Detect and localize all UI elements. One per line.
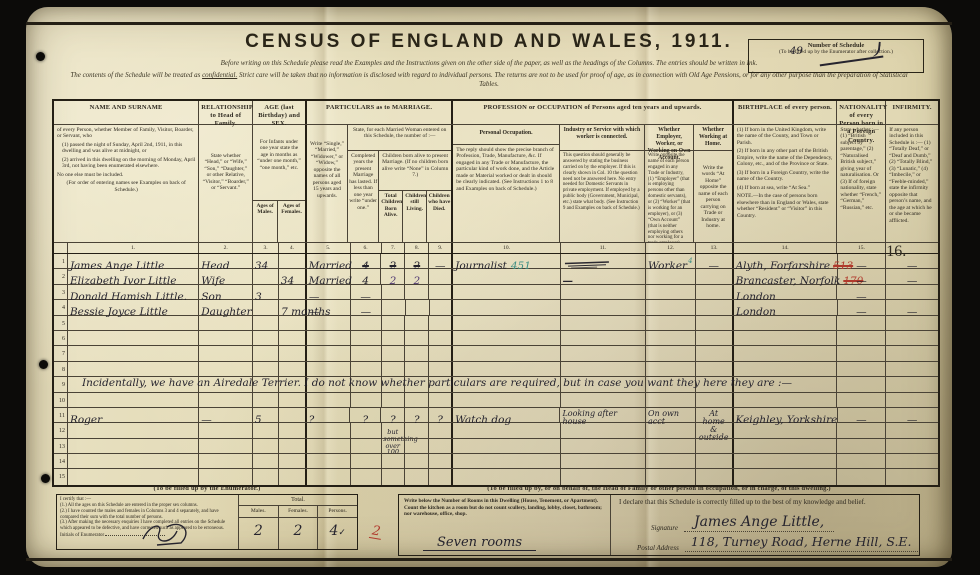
birth-item-3: (3) If born in a Foreign Country, write … [737, 170, 834, 183]
at-home-title: Whether Working at Home. [694, 125, 732, 151]
children-total-label: Total Children Born Alive. [379, 191, 403, 242]
cell-marr: Married [307, 254, 351, 268]
cell-age_f [279, 454, 307, 468]
cell-home [696, 285, 734, 299]
group-age: AGE (last Birthday) and SEX. [253, 101, 307, 124]
initials-label: Initials of Enumerator [60, 533, 104, 538]
cell-rel [199, 393, 253, 407]
row-number: 9 [54, 377, 68, 391]
cell-emp [646, 300, 696, 314]
cell-born [382, 346, 406, 360]
cell-living: ? [405, 408, 429, 422]
cell-inf [886, 362, 938, 376]
table-row: 10 [54, 393, 938, 408]
cell-age_m [253, 423, 279, 437]
cell-age_m: 5 [253, 408, 279, 422]
cell-years: 4 [351, 254, 382, 268]
colnum-16: 16. [886, 243, 938, 253]
cell-occ [453, 362, 560, 376]
birth-item-1: (1) If born in the United Kingdom, write… [737, 127, 834, 146]
enumerator-box: I certify that :— (1.) All the ages on t… [56, 494, 358, 550]
cell-years [351, 346, 382, 360]
colnum-3: 3. [253, 243, 279, 253]
bottom-rule [26, 558, 952, 561]
cell-inf: — [886, 254, 938, 268]
cell-birth [734, 393, 838, 407]
children-living-label: Children still Living. [403, 191, 427, 242]
cell-name: James Ange Little [68, 254, 199, 268]
total-females-label: Females. [279, 506, 319, 517]
cell-rel: Son [199, 285, 253, 299]
cell-ind [561, 423, 647, 437]
cell-age_f [279, 408, 307, 422]
row-number: 7 [54, 346, 68, 360]
cell-name [68, 316, 199, 330]
table-row: 3Donald Hamish Little.Son3——London— [54, 285, 938, 300]
cell-emp [646, 393, 696, 407]
total-females-value: 2 [279, 518, 319, 549]
cell-living [406, 300, 430, 314]
row-number: 2 [54, 269, 68, 283]
cell-nat [837, 331, 886, 345]
cell-age_f [279, 439, 307, 453]
cell-marr: ? [307, 408, 351, 422]
cell-died [429, 423, 453, 437]
header-age: For Infants under one year state the age… [253, 125, 307, 242]
group-title-band: NAME AND SURNAME RELATIONSHIP to Head of… [54, 101, 938, 125]
cell-living [405, 454, 429, 468]
punch-hole [36, 52, 45, 61]
cell-inf [886, 331, 938, 345]
group-infirmity: INFIRMITY. [886, 101, 938, 124]
cell-occ [453, 300, 560, 314]
cell-name: Elizabeth Ivor Little [68, 269, 199, 283]
cell-ind [561, 331, 647, 345]
cell-inf [886, 316, 938, 330]
cell-born [382, 285, 406, 299]
table-row: 8 [54, 362, 938, 377]
cell-died: ? [429, 408, 453, 422]
cell-living [405, 331, 429, 345]
cell-died [429, 469, 453, 484]
head-of-family-box: Write below the Number of Rooms in this … [398, 494, 920, 556]
name-desc-intro: of every Person, whether Member of Famil… [57, 127, 195, 140]
cell-age_f [279, 285, 307, 299]
industry-desc: This question should generally be answer… [560, 151, 644, 214]
declaration-text: I declare that this Schedule is correctl… [619, 498, 911, 507]
cell-home [696, 331, 734, 345]
cell-living: 2 [405, 254, 429, 268]
cell-died [430, 300, 454, 314]
instruction-pre: The contents of the Schedule will be tre… [70, 71, 202, 79]
cell-home: — [696, 254, 734, 268]
name-desc-note2: (For order of entering names see Example… [57, 180, 195, 193]
cell-inf [886, 439, 938, 453]
cell-occ [453, 469, 560, 484]
cell-rel: Head [199, 254, 253, 268]
cell-years [351, 393, 382, 407]
instruction-line-2: The contents of the Schedule will be tre… [63, 71, 915, 90]
table-row: 14 [54, 454, 938, 469]
cell-birth [734, 331, 838, 345]
cell-died [429, 393, 453, 407]
header-occupation: Personal Occupation. The reply should sh… [453, 125, 734, 242]
colnum-14: 14. [734, 243, 838, 253]
colnum-8: 8. [405, 243, 429, 253]
cell-inf [886, 454, 938, 468]
cell-home [696, 346, 734, 360]
birth-note: NOTE.—In the case of persons born elsewh… [737, 193, 834, 219]
birth-item-4: (4) If born at sea, write “At Sea.” [737, 185, 834, 191]
cell-nat: — [838, 408, 887, 422]
cell-age_m: 3 [253, 285, 279, 299]
colnum-15: 15. [837, 243, 886, 253]
cell-years [351, 469, 382, 484]
colnum-4: 4. [279, 243, 307, 253]
cell-age_f [279, 469, 307, 484]
cell-birth: London [734, 300, 837, 314]
cell-nat [837, 316, 886, 330]
birth-item-2: (2) If born in any other part of the Bri… [737, 148, 834, 167]
age-desc: For Infants under one year state the age… [253, 125, 305, 200]
address-row: Postal Address 118, Turney Road, Herne H… [637, 533, 918, 552]
cell-marr [307, 362, 351, 376]
cell-died [429, 316, 453, 330]
cell-emp [646, 316, 696, 330]
entry-emp: 4 [688, 257, 692, 265]
cell-inf [886, 346, 938, 360]
certify-item-2: (2.) I have counted the males and female… [60, 509, 235, 521]
cell-occ [453, 439, 560, 453]
cell-nat [837, 362, 886, 376]
colnum-1: 1. [68, 243, 199, 253]
children-died-label: Children who have Died. [427, 191, 451, 242]
cell-age_f [279, 423, 307, 437]
cell-marr [307, 393, 351, 407]
cell-nat [837, 346, 886, 360]
cell-occ [453, 316, 560, 330]
years-completed-desc: Completed years the present Marriage has… [348, 151, 379, 242]
age-males-label: Ages of Males. [253, 201, 278, 242]
cell-occ: Watch dog [453, 408, 560, 422]
cell-born [382, 393, 406, 407]
colnum-13: 13. [696, 243, 734, 253]
cell-emp [646, 362, 696, 376]
cell-ind [561, 439, 647, 453]
cell-rel [199, 469, 253, 484]
cell-living [405, 346, 429, 360]
cell-died [429, 269, 453, 283]
cell-age_f [279, 316, 307, 330]
colnum-11: 11. [561, 243, 647, 253]
header-nationality-desc: State whether :— (1) “British subject by… [837, 125, 886, 242]
cell-age_m [253, 316, 279, 330]
colnum-7: 7. [382, 243, 406, 253]
males-value: 2 [254, 523, 263, 539]
cell-ind [561, 285, 647, 299]
schedule-number-box: Number of Schedule (To be filled up by t… [748, 39, 924, 73]
cell-nat: — [838, 269, 887, 283]
colnum-12: 12. [646, 243, 696, 253]
cell-marr [307, 316, 351, 330]
cell-years: 4 [351, 269, 382, 283]
cell-age_m [253, 346, 279, 360]
cell-birth [734, 346, 838, 360]
signature-row: Signature James Ange Little, [651, 513, 834, 532]
cell-born: 2 [381, 254, 405, 268]
cell-rel: — [199, 408, 253, 422]
cell-home [696, 300, 734, 314]
cell-name: Roger [68, 408, 199, 422]
cell-birth: Keighley, Yorkshire [734, 408, 838, 422]
cell-died: — [429, 254, 453, 268]
cell-living [405, 439, 429, 453]
schedule-number-label: Number of Schedule [753, 42, 919, 49]
cell-living [405, 393, 429, 407]
group-nationality: NATIONALITY of every Person born in a Fo… [837, 101, 886, 124]
cell-occ: Journalist451 [453, 254, 560, 268]
age-females-label: Ages of Females. [278, 201, 305, 242]
cell-emp [646, 439, 696, 453]
cell-nat [837, 439, 886, 453]
cell-occ [453, 269, 560, 283]
cell-birth [734, 469, 838, 484]
row-number: 14 [54, 454, 68, 468]
cell-name: Donald Hamish Little. [68, 285, 199, 299]
cell-age_f [279, 393, 307, 407]
cell-age_m [253, 393, 279, 407]
head-of-family-heading: (To be filled up by, or on behalf of, th… [398, 485, 920, 492]
cell-age_m [253, 331, 279, 345]
group-relationship: RELATIONSHIP to Head of Family. [199, 101, 253, 124]
cell-age_f [279, 362, 307, 376]
cell-living [405, 285, 429, 299]
cell-emp [646, 423, 696, 437]
rooms-instruction: Write below the Number of Rooms in this … [404, 498, 605, 518]
cell-marr [307, 423, 351, 437]
header-name-desc: of every Person, whether Member of Famil… [54, 125, 199, 242]
cell-nat: — [838, 300, 887, 314]
cell-birth [734, 316, 838, 330]
row-number: 15 [54, 469, 68, 484]
cell-born [382, 469, 406, 484]
row-number: 5 [54, 316, 68, 330]
declaration-section: I declare that this Schedule is correctl… [611, 495, 919, 555]
cell-marr [307, 346, 351, 360]
row-number: 13 [54, 439, 68, 453]
cell-ind: Looking after house [560, 408, 646, 422]
table-row: 2Elizabeth Ivor LittleWife34Married422—B… [54, 269, 938, 284]
cell-inf [886, 423, 938, 437]
header-marriage: Write “Single,” “Married,” “Widower,” or… [307, 125, 453, 242]
cell-born [382, 439, 406, 453]
cell-living: 2 [405, 269, 429, 283]
cell-living [405, 362, 429, 376]
cell-emp [646, 269, 696, 283]
table-row: 11Roger—5???but something over 100??Watc… [54, 408, 938, 423]
cell-name [68, 454, 199, 468]
name-desc-note1: No one else must be included. [57, 172, 195, 178]
totals-table: Total. Males. Females. Persons. 2 2 4✓ [239, 495, 357, 549]
cell-years [351, 423, 382, 437]
cell-inf: — [886, 269, 938, 283]
cell-born [382, 362, 406, 376]
cell-nat [837, 423, 886, 437]
personal-occupation-desc: The reply should show the precise branch… [453, 145, 559, 194]
cell-home [696, 362, 734, 376]
row-number: 11 [54, 408, 68, 422]
cell-living [405, 423, 429, 437]
table-row: 1James Ange LittleHead34Married422—Journ… [54, 254, 938, 269]
cell-name [68, 439, 199, 453]
cell-emp: Worker4 [646, 254, 696, 268]
cell-birth [734, 439, 838, 453]
enumerator-heading: (To be filled up by the Enumerator.) [56, 485, 358, 492]
red-pencil-annotation: 2 [369, 524, 384, 540]
cell-marr [307, 439, 351, 453]
row-number: 8 [54, 362, 68, 376]
employer-worker-title: Whether Employer, Worker, or Working on … [645, 125, 693, 151]
total-persons-value: 4✓ [318, 518, 357, 549]
cell-birth: Brancaster, Norfolk170 [734, 269, 838, 283]
cell-nat [837, 469, 886, 484]
cell-years [351, 454, 382, 468]
cell-nat: — [837, 285, 886, 299]
cell-nat: — [838, 254, 887, 268]
cell-rel [199, 454, 253, 468]
cell-years: — [351, 285, 382, 299]
table-row: 13 [54, 439, 938, 454]
cell-name [68, 331, 199, 345]
cell-ind [561, 393, 647, 407]
address-label: Postal Address [637, 544, 679, 552]
census-schedule-paper: CENSUS OF ENGLAND AND WALES, 1911. Befor… [26, 7, 952, 567]
rooms-value: Seven rooms [423, 536, 536, 551]
cell-born: 2 [381, 269, 405, 283]
cell-marr: — [307, 285, 351, 299]
cell-marr: — [307, 300, 351, 314]
table-row: 6 [54, 331, 938, 346]
instruction-post: Strict care will be taken that no inform… [237, 71, 907, 88]
cell-inf [886, 285, 938, 299]
employer-worker-desc: Write opposite the name of each person e… [645, 151, 693, 242]
cell-age_m [253, 454, 279, 468]
cell-occ [453, 423, 560, 437]
cell-years: — [351, 300, 382, 314]
instruction-line-1: Before writing on this Schedule please r… [137, 59, 841, 67]
row-number: 1 [54, 254, 68, 268]
name-desc-item1: (1) passed the night of Sunday, April 2n… [57, 142, 195, 155]
cell-ind [561, 254, 647, 268]
colnum-5: 5. [307, 243, 351, 253]
cell-age_f: 34 [279, 269, 307, 283]
cell-name [68, 362, 199, 376]
check-mark: ✓ [338, 527, 346, 537]
cell-born: ?but something over 100 [381, 408, 405, 422]
group-marriage: PARTICULARS as to MARRIAGE. [307, 101, 453, 124]
cell-years [351, 331, 382, 345]
cell-occ [453, 346, 560, 360]
cell-marr [307, 469, 351, 484]
at-home-desc: Write the words “At Home” opposite the n… [694, 151, 732, 232]
cell-age_m: 34 [253, 254, 279, 268]
cell-emp [646, 346, 696, 360]
census-rows: 1James Ange LittleHead34Married422—Journ… [54, 254, 938, 485]
cell-living [405, 316, 429, 330]
table-row: 12 [54, 423, 938, 438]
marginal-note: Incidentally, we have an Airedale Terrie… [82, 378, 792, 389]
cell-age_m [253, 269, 279, 283]
cell-home [696, 454, 734, 468]
cell-born [382, 300, 406, 314]
census-table: NAME AND SURNAME RELATIONSHIP to Head of… [52, 99, 940, 487]
cell-age_m [253, 362, 279, 376]
cell-born [382, 454, 406, 468]
cell-died [429, 362, 453, 376]
cell-emp [646, 331, 696, 345]
cell-years [351, 439, 382, 453]
cell-occ [453, 331, 560, 345]
total-males-label: Males. [239, 506, 279, 517]
cell-home [696, 423, 734, 437]
cell-home [696, 439, 734, 453]
cell-inf [886, 377, 938, 391]
cell-marr: Married [307, 269, 351, 283]
enumerator-certification: I certify that :— (1.) All the ages on t… [57, 495, 239, 549]
cell-birth [734, 362, 838, 376]
cell-birth [734, 423, 838, 437]
colnum-spacer [54, 243, 68, 253]
row-number: 3 [54, 285, 68, 299]
entry-ind [562, 259, 608, 270]
cell-died [429, 331, 453, 345]
cell-marr [307, 454, 351, 468]
cell-age_f [279, 254, 307, 268]
cell-emp: On own acct [646, 408, 696, 422]
signature-label: Signature [651, 524, 678, 532]
cell-died [429, 285, 453, 299]
cell-rel: Wife [199, 269, 253, 283]
cell-occ [453, 393, 560, 407]
cell-inf: — [886, 300, 938, 314]
cell-rel [199, 362, 253, 376]
total-label: Total. [239, 495, 357, 506]
colnum-10: 10. [453, 243, 560, 253]
cell-ind [561, 362, 647, 376]
cell-rel [199, 331, 253, 345]
cell-home [696, 469, 734, 484]
group-birthplace: BIRTHPLACE of every person. [734, 101, 837, 124]
cell-rel [199, 423, 253, 437]
cell-ind: — [561, 269, 647, 283]
cell-emp [646, 285, 696, 299]
cell-birth: London [734, 285, 838, 299]
cell-ind [561, 454, 647, 468]
cell-name [68, 393, 199, 407]
cell-emp [646, 469, 696, 484]
top-rule [26, 22, 952, 25]
cell-home [696, 393, 734, 407]
cell-rel [199, 346, 253, 360]
cell-rel [199, 439, 253, 453]
cell-name [68, 469, 199, 484]
married-woman-desc: State, for each Married Woman entered on… [348, 125, 451, 151]
table-row: 4Bessie Joyce LittleDaughter7 months——Lo… [54, 300, 938, 315]
cell-born [382, 316, 406, 330]
cell-years [351, 362, 382, 376]
total-persons-label: Persons. [318, 506, 357, 517]
cell-birth [734, 454, 838, 468]
